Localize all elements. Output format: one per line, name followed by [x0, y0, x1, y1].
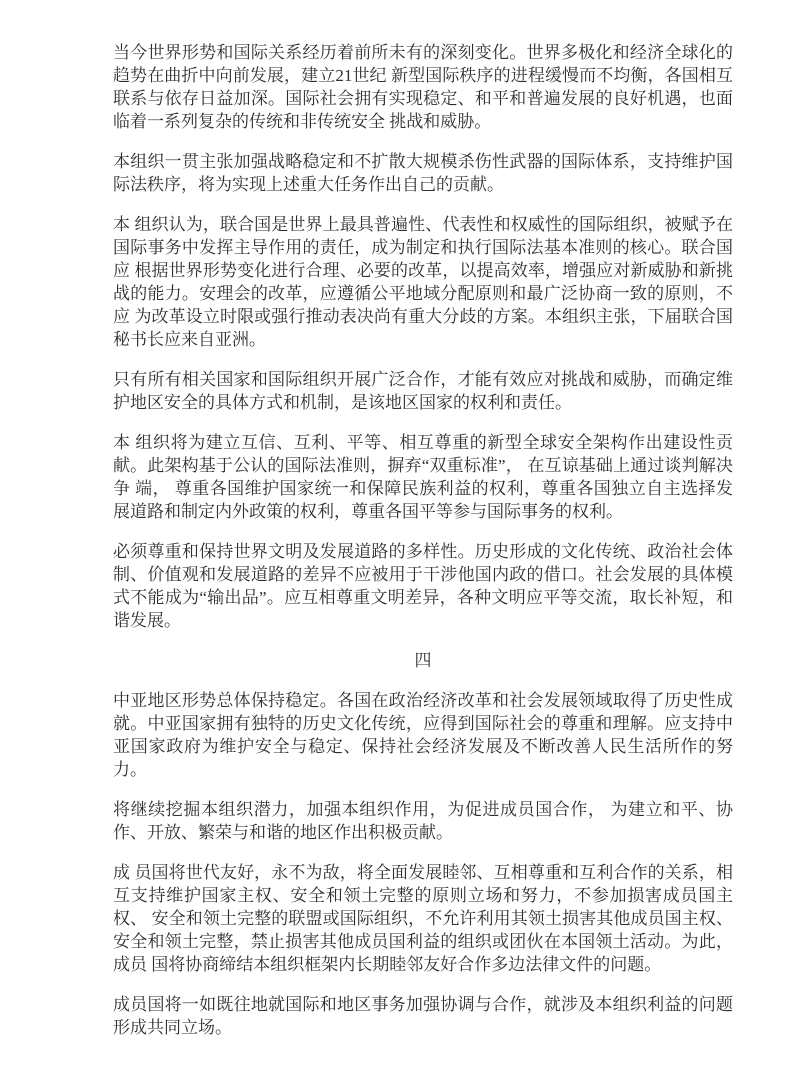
paragraph-member-states-friendship: 成 员国将世代友好，永不为敌，将全面发展睦邻、互相尊重和互利合作的关系，相互支持…: [113, 861, 733, 976]
paragraph-central-asia: 中亚地区形势总体保持稳定。各国在政治经济改革和社会发展领域取得了历史性成就。中亚…: [113, 689, 733, 781]
paragraph-common-position: 成员国将一如既往地就国际和地区事务加强协调与合作，就涉及本组织利益的问题形成共同…: [113, 993, 733, 1039]
document-page: 当今世界形势和国际关系经历着前所未有的深刻变化。世界多极化和经济全球化的趋势在曲…: [0, 0, 800, 1067]
section-heading-four: 四: [113, 649, 733, 672]
paragraph-security-architecture: 本 组织将为建立互信、互利、平等、相互尊重的新型全球安全架构作出建设性贡献。此架…: [113, 431, 733, 523]
paragraph-organization-potential: 将继续挖掘本组织潜力，加强本组织作用，为促进成员国合作， 为建立和平、协作、开放…: [113, 798, 733, 844]
paragraph-strategic-stability: 本组织一贯主张加强战略稳定和不扩散大规模杀伤性武器的国际体系，支持维护国际法秩序…: [113, 150, 733, 196]
paragraph-regional-security: 只有所有相关国家和国际组织开展广泛合作，才能有效应对挑战和威胁，而确定维护地区安…: [113, 368, 733, 414]
paragraph-united-nations: 本 组织认为，联合国是世界上最具普遍性、代表性和权威性的国际组织，被赋予在国际事…: [113, 213, 733, 351]
paragraph-world-changes: 当今世界形势和国际关系经历着前所未有的深刻变化。世界多极化和经济全球化的趋势在曲…: [113, 41, 733, 133]
paragraph-civilization-diversity: 必须尊重和保持世界文明及发展道路的多样性。历史形成的文化传统、政治社会体制、价值…: [113, 540, 733, 632]
